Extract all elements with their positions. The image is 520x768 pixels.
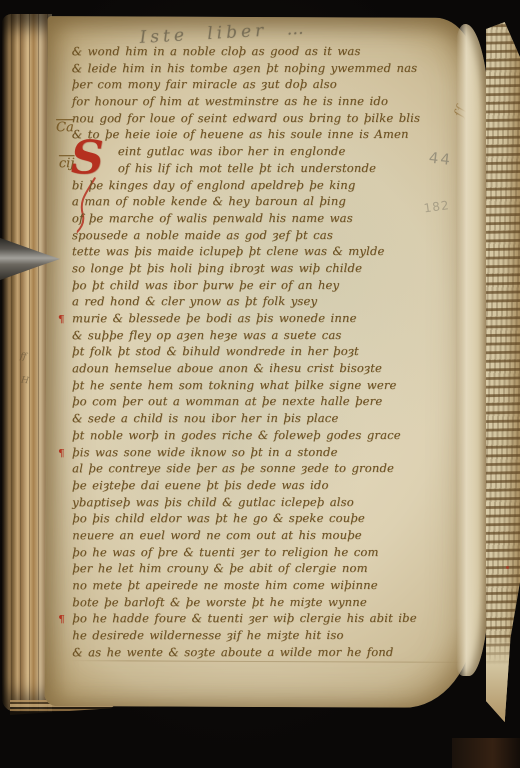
text-line: tette was þis maide iclupeþ þt clene was… xyxy=(72,243,472,260)
line-text: for honour of him at westminstre as he i… xyxy=(72,94,388,108)
text-line: þer he let him crouny & þe abit of clerg… xyxy=(72,560,472,577)
binding-board xyxy=(452,738,520,768)
text-line: for honour of him at westminstre as he i… xyxy=(72,93,472,110)
text-line: of his lif ich mot telle þt ich understo… xyxy=(72,160,472,177)
line-text: tette was þis maide iclupeþ þt clene was… xyxy=(72,244,385,258)
paraph-mark: ¶ xyxy=(58,446,65,463)
line-text: & wond him in a noble cloþ as good as it… xyxy=(72,44,361,58)
line-text: ybaptiseþ was þis child & gutlac iclepeþ… xyxy=(72,495,354,509)
line-text: nou god for loue of seint edward ous bri… xyxy=(72,111,420,125)
manuscript-page: Iste liber … Ca cij S & wond him in a no… xyxy=(44,16,477,708)
page-fore-edge xyxy=(456,24,490,676)
line-text: þo com þer out a womman at þe nexte hall… xyxy=(72,394,382,408)
text-line: þo þis child eldor was þt he go & speke … xyxy=(72,510,472,527)
gutter-mark: ff xyxy=(19,352,27,363)
text-line: þt he sente hem som tokning what þilke s… xyxy=(72,377,472,394)
line-text: & sede a child is nou ibor her in þis pl… xyxy=(72,411,338,425)
line-text: þt folk þt stod & bihuld wondrede in her… xyxy=(72,344,359,358)
line-text: þt he sente hem som tokning what þilke s… xyxy=(72,378,396,392)
paraph-mark: ¶ xyxy=(58,613,65,630)
line-text: þis was sone wide iknow so þt in a stond… xyxy=(72,444,337,458)
line-text: þt noble worþ in godes riche & foleweþ g… xyxy=(72,428,401,442)
text-line: & leide him in his tombe aȝen þt noþing … xyxy=(72,60,472,77)
line-text: þo he hadde foure & tuenti ȝer wiþ clerg… xyxy=(72,611,416,625)
text-line: þe eiȝteþe dai euene þt þis dede was ido xyxy=(72,477,472,494)
line-text: & to þe heie ioie of heuene as his soule… xyxy=(72,127,409,141)
line-text: murie & blessede þe bodi as þis wonede i… xyxy=(72,311,357,325)
paraph-mark: ¶ xyxy=(58,312,65,329)
line-text: & suþþe fley op aȝen heȝe was a suete ca… xyxy=(72,328,341,342)
line-text: & leide him in his tombe aȝen þt noþing … xyxy=(72,61,417,75)
text-line: adoun hemselue aboue anon & ihesu crist … xyxy=(72,360,472,377)
line-text: þo he was of þre & tuenti ȝer to religio… xyxy=(72,545,378,559)
line-text: a man of noble kende & hey baroun al þin… xyxy=(72,194,346,208)
text-line: bote þe barloft & þe worste þt he miȝte … xyxy=(72,594,472,611)
text-line: no mete þt apeirede ne moste him come wi… xyxy=(72,577,472,594)
text-line: so longe þt þis holi þing ibroȝt was wiþ… xyxy=(72,260,472,277)
text-line: he desirede wildernesse ȝif he miȝte hit… xyxy=(72,627,472,644)
line-text: þer com mony fair miracle as ȝut doþ als… xyxy=(72,77,337,91)
text-line: þo he was of þre & tuenti ȝer to religio… xyxy=(72,543,472,560)
line-text: þer he let him crouny & þe abit of clerg… xyxy=(72,561,368,575)
text-line: al þe contreye side þer as þe sonne ȝede… xyxy=(72,460,472,477)
text-line: þo com þer out a womman at þe nexte hall… xyxy=(72,393,472,410)
text-line: þt noble worþ in godes riche & foleweþ g… xyxy=(72,427,472,444)
text-line: & suþþe fley op aȝen heȝe was a suete ca… xyxy=(72,327,472,344)
text-line: & sede a child is nou ibor her in þis pl… xyxy=(72,410,472,427)
line-text: neuere an euel word ne com out at his mo… xyxy=(72,528,362,542)
manuscript-photo: ff H Iste liber … Ca cij S & wond him in… xyxy=(0,0,520,768)
text-line: of þe marche of walis penwald his name w… xyxy=(72,210,472,227)
line-text: so longe þt þis holi þing ibroȝt was wiþ… xyxy=(72,261,362,275)
line-text: þo þt child was ibor þurw þe eir of an h… xyxy=(72,278,339,292)
line-text: eint gutlac was ibor her in englonde xyxy=(118,144,346,158)
adjacent-page-edge xyxy=(486,22,520,722)
line-text: bote þe barloft & þe worste þt he miȝte … xyxy=(72,595,367,609)
text-line: neuere an euel word ne com out at his mo… xyxy=(72,527,472,544)
line-text: & as he wente & soȝte aboute a wilde mor… xyxy=(72,645,393,659)
text-line: ¶þis was sone wide iknow so þt in a ston… xyxy=(72,443,472,460)
text-line: & to þe heie ioie of heuene as his soule… xyxy=(72,126,472,143)
text-line: a man of noble kende & hey baroun al þin… xyxy=(72,193,472,210)
line-text: no mete þt apeirede ne moste him come wi… xyxy=(72,578,377,592)
line-text: þo þis child eldor was þt he go & speke … xyxy=(72,511,365,525)
text-line: þo þt child was ibor þurw þe eir of an h… xyxy=(72,276,472,293)
line-text: bi þe kinges day of englond apeldreþ þe … xyxy=(72,177,356,191)
line-text: he desirede wildernesse ȝif he miȝte hit… xyxy=(72,628,343,642)
line-text: al þe contreye side þer as þe sonne ȝede… xyxy=(72,461,394,475)
line-text: a red hond & cler ynow as þt folk ysey xyxy=(72,294,317,308)
text-line: bi þe kinges day of englond apeldreþ þe … xyxy=(72,176,472,193)
text-line: & wond him in a noble cloþ as good as it… xyxy=(72,43,472,60)
frame-ruling xyxy=(69,660,471,663)
line-text: of þe marche of walis penwald his name w… xyxy=(72,211,353,225)
text-line: þer com mony fair miracle as ȝut doþ als… xyxy=(72,76,472,93)
line-text: of his lif ich mot telle þt ich understo… xyxy=(118,161,376,175)
text-line: spousede a noble maide as god ȝef þt cas xyxy=(72,226,472,243)
line-text: adoun hemselue aboue anon & ihesu crist … xyxy=(72,361,382,375)
line-text: spousede a noble maide as god ȝef þt cas xyxy=(72,228,333,242)
pencil-mark-upper: 44 xyxy=(428,149,453,169)
text-line: ybaptiseþ was þis child & gutlac iclepeþ… xyxy=(72,493,472,510)
text-line: ¶þo he hadde foure & tuenti ȝer wiþ cler… xyxy=(72,610,472,627)
text-line: nou god for loue of seint edward ous bri… xyxy=(72,110,472,127)
rubric-fleck xyxy=(506,566,509,569)
text-block: & wond him in a noble cloþ as good as it… xyxy=(72,43,473,661)
text-line: eint gutlac was ibor her in englonde xyxy=(72,143,472,160)
text-line: a red hond & cler ynow as þt folk ysey xyxy=(72,293,472,310)
text-line: þt folk þt stod & bihuld wondrede in her… xyxy=(72,343,472,360)
text-line: ¶murie & blessede þe bodi as þis wonede … xyxy=(72,310,472,327)
line-text: þe eiȝteþe dai euene þt þis dede was ido xyxy=(72,478,328,492)
gutter-mark: H xyxy=(20,376,29,387)
text-line: & as he wente & soȝte aboute a wilde mor… xyxy=(72,644,472,661)
